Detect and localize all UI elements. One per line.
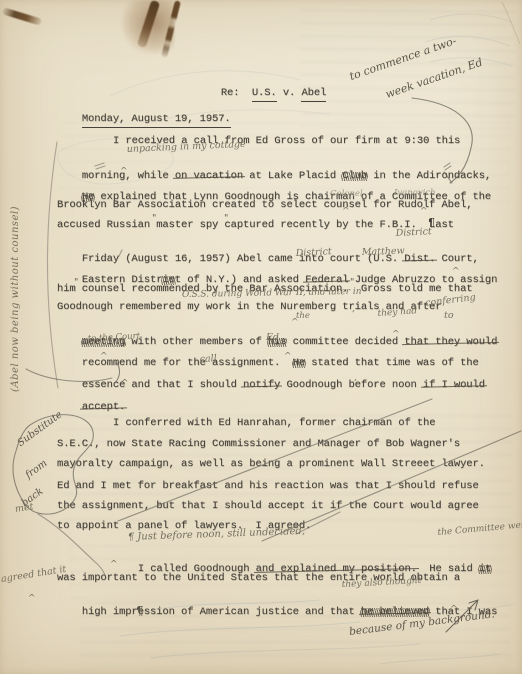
hand-quote-mark: " [152, 213, 156, 224]
insertion-caret: ^ [284, 352, 292, 362]
rust-stain [161, 0, 181, 58]
insertion-caret: ^ [452, 267, 460, 277]
insertion-caret: ^ [392, 330, 400, 340]
typed-line: mayoralty campaign, as well as being a p… [57, 458, 485, 471]
struck-text: notify [243, 379, 280, 392]
hand-insert-district: District [395, 226, 432, 239]
typed-line: accused Russian master spy captured rece… [57, 219, 454, 232]
struck-text: accept. [82, 401, 125, 414]
text-segment: Goodnough before noon [280, 379, 423, 392]
scribbled-text: it [479, 563, 491, 576]
typed-line: the assignment, but that I should accept… [57, 500, 479, 513]
hand-insert-committee-were: the Committee were [437, 520, 522, 538]
hand-insert-district: District [295, 246, 332, 259]
insertion-caret: ^ [110, 560, 118, 570]
rust-stain [137, 0, 160, 48]
hand-insert-comma: , [352, 303, 355, 314]
struck-text: if I would [423, 379, 485, 392]
margin-note-abel-without-counsel: (Abel now being without counsel) [10, 206, 21, 392]
scanned-memo-page: Re: U.S. v. Abel Monday, August 19, 1957… [0, 0, 522, 674]
hand-insert-ivanovich: Ivanovich [394, 188, 436, 198]
hand-insert-matthew: Matthew [362, 246, 405, 258]
hand-quote-mark: " [224, 213, 228, 224]
bleedthrough-text [299, 9, 515, 129]
typed-line: S.E.C., now State Racing Commissioner an… [57, 438, 460, 451]
hand-insert-colonel: Colonel [330, 189, 363, 199]
margin-note-met: met [14, 501, 34, 515]
hand-insert-call: call [199, 353, 217, 365]
typed-line: I conferred with Ed Hanrahan, former cha… [113, 417, 435, 430]
date-text: Monday, August 19, 1957. [82, 113, 231, 128]
title-case-us: U.S. [252, 87, 277, 102]
hand-insert-they-had: they had [377, 306, 417, 319]
insertion-caret: ^ [420, 207, 428, 217]
hand-insert-ed: Ed [266, 332, 279, 343]
insertion-caret: ^ [100, 352, 108, 362]
typed-line: Ed and I met for breakfast and his react… [57, 480, 479, 493]
typed-line: Brooklyn Bar Association created to sele… [57, 199, 472, 212]
margin-note-from: from [24, 458, 50, 481]
insertion-caret: ^ [120, 167, 128, 177]
rust-stain [2, 7, 42, 25]
text-segment: high impression of American justice and … [82, 606, 361, 619]
title-case-abel: Abel [301, 87, 326, 102]
rust-stain [122, 0, 174, 54]
insertion-caret: ^ [28, 594, 36, 604]
insertion-caret: ^ [291, 318, 299, 328]
title-re-label: Re: [221, 87, 252, 100]
hand-insert-to: to [444, 310, 454, 321]
insertion-caret: ^ [342, 207, 350, 217]
page-number-mark: ¶ [136, 604, 144, 618]
hand-insert-comma: , [354, 372, 357, 383]
insertion-caret: ^ [121, 379, 129, 389]
title-versus: v. [277, 87, 302, 100]
hand-quote-mark: " [74, 277, 78, 288]
hand-insert-comma: , [216, 558, 219, 569]
